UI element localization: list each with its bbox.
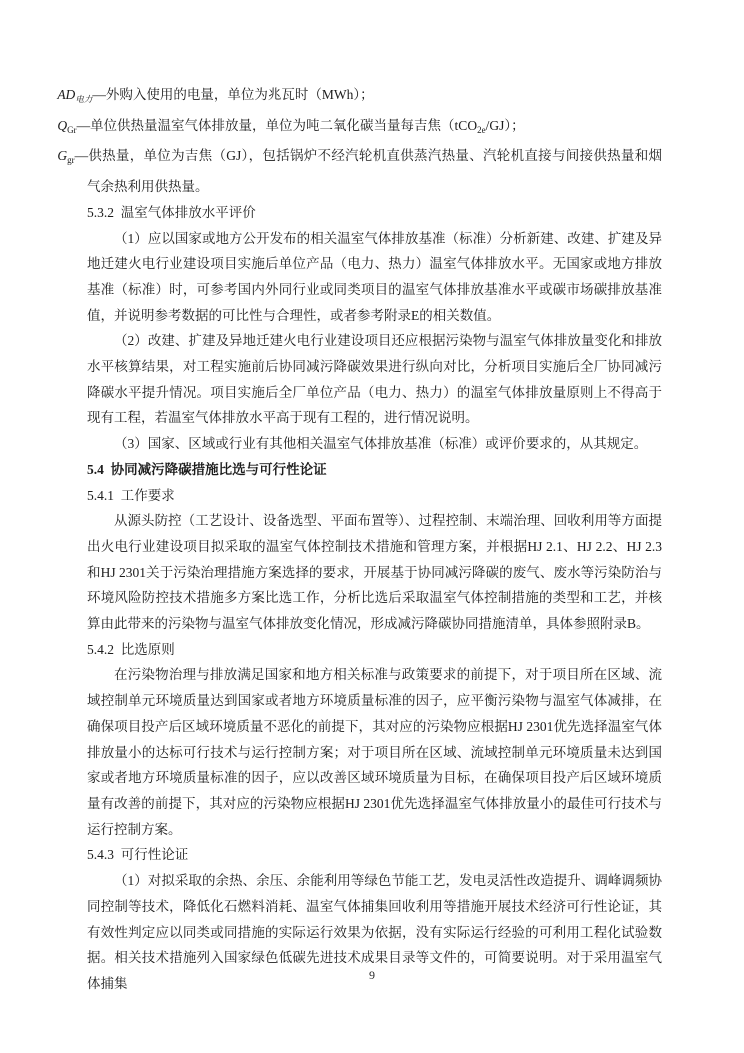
- symbol-ad: AD: [57, 87, 75, 102]
- section-title: 可行性论证: [121, 847, 189, 862]
- definition-ad-text: —外购入使用的电量，单位为兆瓦时（MWh）；: [92, 87, 373, 102]
- paragraph-5-3-2-item1: （1）应以国家或地方公开发布的相关温室气体排放基准（标准）分析新建、改建、扩建及…: [87, 226, 662, 329]
- section-number: 5.4: [87, 462, 104, 477]
- section-heading-5-4: 5.4协同减污降碳措施比选与可行性论证: [87, 457, 662, 483]
- paragraph-5-4-1: 从源头防控（工艺设计、设备选型、平面布置等）、过程控制、末端治理、回收利用等方面…: [87, 508, 662, 637]
- symbol-q: Q: [57, 118, 67, 133]
- definition-g-text: —供热量，单位为吉焦（GJ），包括锅炉不经汽轮机直供蒸汽热量、汽轮机直接与间接供…: [75, 148, 662, 194]
- page-number: 9: [0, 968, 744, 983]
- paragraph-5-3-2-item3: （3）国家、区域或行业有其他相关温室气体排放基准（标准）或评价要求的，从其规定。: [87, 431, 662, 457]
- symbol-g: G: [57, 148, 67, 163]
- section-title: 协同减污降碳措施比选与可行性论证: [111, 462, 327, 477]
- section-heading-5-3-2: 5.3.2温室气体排放水平评价: [87, 200, 662, 226]
- symbol-q-subscript: Gr: [67, 125, 77, 135]
- definition-ad-electricity: AD电力—外购入使用的电量，单位为兆瓦时（MWh）；: [87, 82, 662, 113]
- section-number: 5.3.2: [87, 205, 114, 220]
- paragraph-5-4-2: 在污染物治理与排放满足国家和地方相关标准与政策要求的前提下，对于项目所在区域、流…: [87, 662, 662, 842]
- section-title: 温室气体排放水平评价: [121, 205, 256, 220]
- symbol-ad-subscript: 电力: [75, 94, 92, 104]
- definition-q-heat-emission: QGr—单位供热量温室气体排放量，单位为吨二氧化碳当量每吉焦（tCO2e/GJ）…: [87, 113, 662, 144]
- page-content: AD电力—外购入使用的电量，单位为兆瓦时（MWh）； QGr—单位供热量温室气体…: [87, 82, 662, 997]
- section-heading-5-4-2: 5.4.2比选原则: [87, 637, 662, 663]
- definition-g-heat-supply: Ggr—供热量，单位为吉焦（GJ），包括锅炉不经汽轮机直供蒸汽热量、汽轮机直接与…: [87, 143, 662, 199]
- unit-co2e-subscript: 2e: [477, 125, 486, 135]
- section-title: 比选原则: [121, 642, 175, 657]
- paragraph-5-3-2-item2: （2）改建、扩建及异地迁建火电行业建设项目还应根据污染物与温室气体排放量变化和排…: [87, 328, 662, 431]
- definition-q-text-before: —单位供热量温室气体排放量，单位为吨二氧化碳当量每吉焦（tCO: [77, 118, 478, 133]
- section-title: 工作要求: [121, 488, 175, 503]
- symbol-g-subscript: gr: [67, 155, 75, 165]
- definition-q-text-after: /GJ）；: [486, 118, 525, 133]
- document-page: AD电力—外购入使用的电量，单位为兆瓦时（MWh）； QGr—单位供热量温室气体…: [0, 0, 744, 1053]
- section-heading-5-4-3: 5.4.3可行性论证: [87, 842, 662, 868]
- section-number: 5.4.1: [87, 488, 114, 503]
- section-number: 5.4.3: [87, 847, 114, 862]
- section-number: 5.4.2: [87, 642, 114, 657]
- section-heading-5-4-1: 5.4.1工作要求: [87, 483, 662, 509]
